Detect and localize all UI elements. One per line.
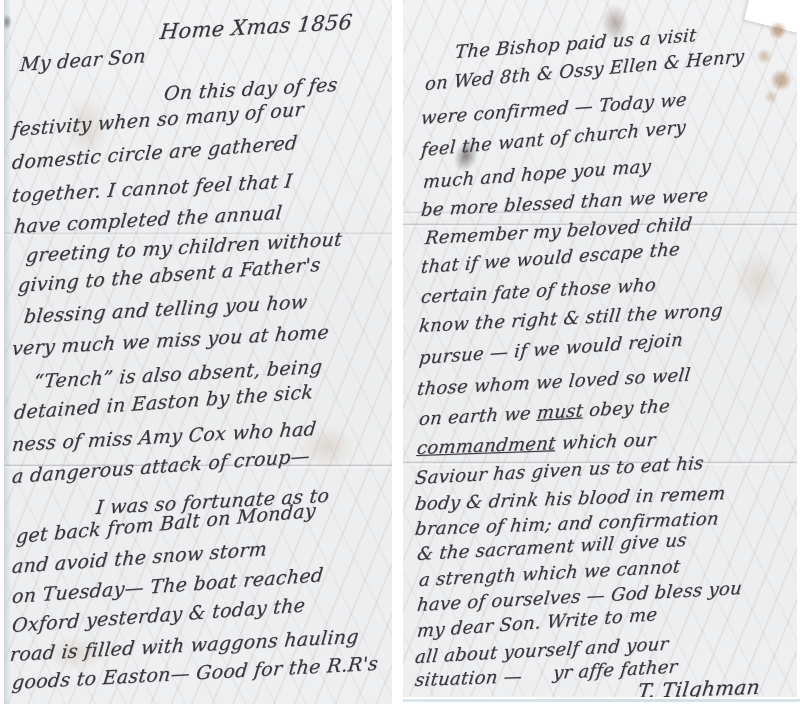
word-run: obey the (582, 396, 671, 422)
handwritten-line: Home Xmas 1856 (159, 12, 353, 43)
handwritten-line: those whom we loved so well (416, 367, 691, 399)
underlined-word: must (536, 400, 585, 424)
ink-mark (4, 14, 12, 30)
handwritten-line: together. I cannot feel that I (11, 172, 293, 206)
handwritten-line: situation — (414, 668, 523, 690)
word-run: which our (554, 430, 656, 455)
handwritten-line: blessing and telling you how (23, 293, 308, 327)
handwritten-line: on earth we must obey the (418, 398, 671, 429)
handwritten-line: certain fate of those who (420, 277, 657, 307)
letter-page-2: The Bishop paid us a visiton Wed 8th & O… (403, 0, 797, 697)
handwritten-line: much and hope you may (422, 158, 652, 192)
handwritten-line: T. Tilghman (637, 677, 761, 697)
foxing-stain (733, 250, 783, 310)
handwritten-line: On this day of fes (163, 76, 339, 104)
torn-corner (744, 0, 797, 35)
letter-page-1: Home Xmas 1856My dear SonOn this day of … (4, 0, 392, 704)
handwritten-line: Saviour has given us to eat his (414, 455, 705, 488)
letter-scan: Home Xmas 1856My dear SonOn this day of … (0, 0, 800, 704)
handwritten-line: domestic circle are gathered (11, 134, 298, 173)
underlined-word: commandment (416, 433, 557, 459)
word-run: on earth we (418, 403, 538, 430)
handwritten-line: commandment which our (416, 432, 657, 458)
scan-edge-line (403, 699, 800, 702)
handwritten-line: My dear Son (19, 47, 146, 75)
handwritten-line: pursue — if we would rejoin (418, 331, 683, 368)
handwritten-line: very much we miss you at home (11, 323, 330, 359)
